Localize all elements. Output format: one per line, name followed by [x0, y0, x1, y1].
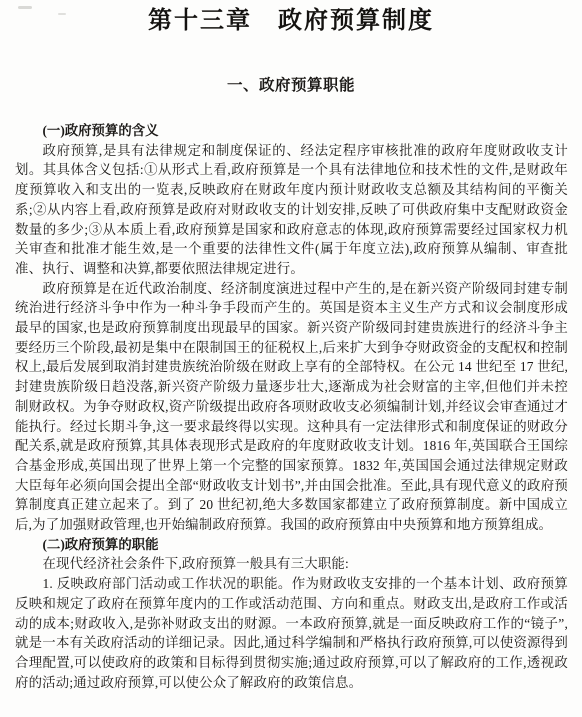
- subsection-heading-definition: (一)政府预算的含义: [15, 121, 568, 141]
- document-body: (一)政府预算的含义 政府预算,是具有法律规定和制度保证的、经法定程序审核批准的…: [15, 121, 568, 692]
- document-page: 第十三章 政府预算制度 一、政府预算职能 (一)政府预算的含义 政府预算,是具有…: [0, 0, 582, 717]
- subsection-heading-functions: (二)政府预算的职能: [15, 535, 568, 555]
- chapter-title: 第十三章 政府预算制度: [0, 0, 582, 35]
- section-title: 一、政府预算职能: [0, 35, 582, 95]
- paragraph-functions-intro: 在现代经济社会条件下,政府预算一般具有三大职能:: [15, 554, 568, 574]
- scan-artifact: [18, 6, 32, 9]
- paragraph-functions-1: 1. 反映政府部门活动或工作状况的职能。作为财政收支安排的一个基本计划、政府预算…: [15, 574, 568, 692]
- paragraph-definition-1: 政府预算,是具有法律规定和制度保证的、经法定程序审核批准的政府年度财政收支计划。…: [15, 141, 568, 279]
- paragraph-definition-2: 政府预算是在近代政治制度、经济制度演进过程中产生的,是在新兴资产阶级同封建专制统…: [15, 279, 568, 535]
- scan-artifact: [58, 13, 66, 15]
